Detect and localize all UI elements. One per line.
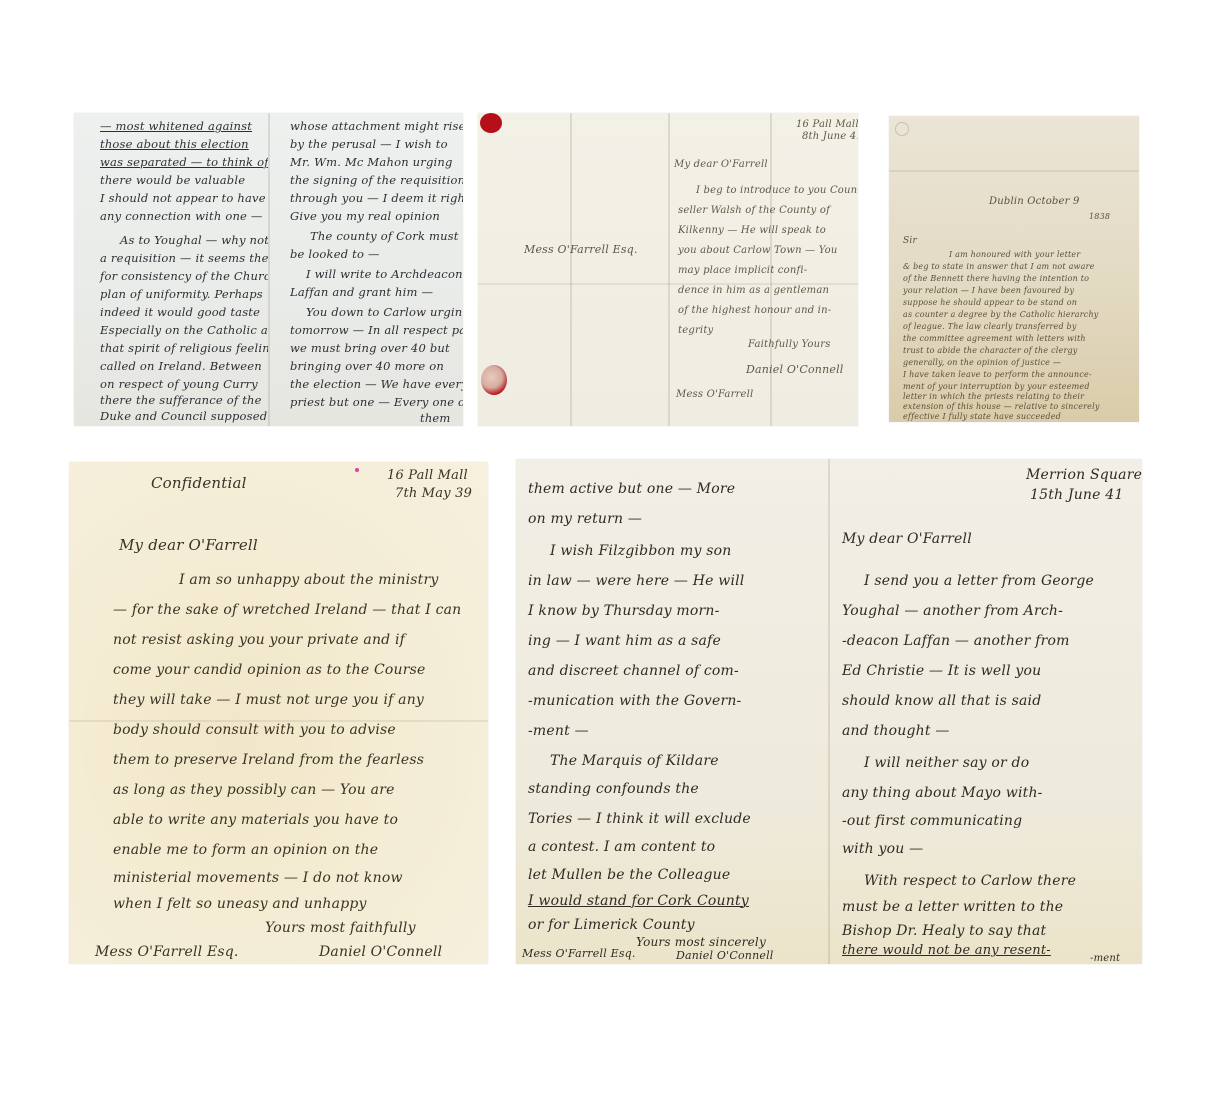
text-line: the committee agreement with letters wit… (903, 334, 1086, 343)
text-line: -out first communicating (842, 813, 1022, 829)
text-line: your relation — I have been favoured by (903, 286, 1074, 295)
text-line: the signing of the requisition (290, 173, 463, 187)
text-line: Youghal — another from Arch- (842, 603, 1063, 619)
text-line: — most whitened against (100, 119, 252, 133)
text-line: I will neither say or do (864, 755, 1029, 771)
text-line: come your candid opinion as to the Cours… (113, 662, 425, 678)
text-line: and discreet channel of com- (528, 663, 739, 679)
closing: Faithfully Yours (748, 339, 831, 350)
text-line: -munication with the Govern- (528, 693, 741, 709)
closing: Yours most faithfully (265, 920, 416, 936)
text-line: effective I fully state have succeeded (903, 412, 1061, 421)
signature: Daniel O'Connell (319, 944, 442, 960)
text-line: body should consult with you to advise (113, 722, 396, 738)
text-line: was separated — to think of them (100, 155, 268, 169)
text-line: Give you my real opinion (290, 209, 440, 223)
signature: Daniel O'Connell (676, 949, 774, 962)
text-line: them active but one — More (528, 481, 735, 497)
text-line: -deacon Laffan — another from (842, 633, 1070, 649)
text-line: dence in him as a gentleman (678, 285, 829, 296)
punch-hole-icon (895, 122, 909, 136)
text-line: of league. The law clearly transferred b… (903, 322, 1077, 331)
text-line: You down to Carlow urging (306, 305, 463, 319)
text-line: generally, on the opinion of justice — (903, 358, 1061, 367)
text-line: priest but one — Every one of (290, 395, 463, 409)
text-line: any thing about Mayo with- (842, 785, 1043, 801)
heading-line: 15th June 41 (1030, 487, 1124, 503)
text-line: with you — (842, 841, 923, 857)
address-line: Mess O'Farrell Esq. (524, 243, 638, 256)
text-line: not resist asking you your private and i… (113, 632, 405, 648)
text-line: a contest. I am content to (528, 839, 715, 855)
text-line: seller Walsh of the County of (678, 205, 830, 216)
text-line: letter in which the priests relating to … (903, 392, 1084, 401)
text-line: may place implicit confi- (678, 265, 807, 276)
text-line: Mr. Wm. Mc Mahon urging (290, 155, 453, 169)
page-fold (570, 113, 572, 426)
text-line: ministerial movements — I do not know (113, 870, 403, 886)
text-line: in law — were here — He will (528, 573, 745, 589)
text-line: standing confounds the (528, 781, 699, 797)
text-line: on respect of young Curry (100, 377, 258, 391)
addressee: Mess O'Farrell Esq. (522, 947, 636, 960)
text-line: -ment — (528, 723, 589, 739)
text-line: I will write to Archdeacon (306, 267, 463, 281)
text-line: them to preserve Ireland from the fearle… (113, 752, 424, 768)
letter-5-right-page: Merrion Square 15th June 41 My dear O'Fa… (830, 459, 1142, 964)
closing: Yours most sincerely (636, 935, 766, 949)
text-line: we must bring over 40 but (290, 341, 450, 355)
text-line: tegrity (678, 325, 713, 336)
text-line: those about this election (100, 137, 249, 151)
text-line: called on Ireland. Between (100, 359, 262, 373)
heading-line: 1838 (1089, 212, 1110, 221)
ink-mark (355, 468, 359, 472)
text-line: plan of uniformity. Perhaps (100, 287, 263, 301)
text-line: enable me to form an opinion on the (113, 842, 378, 858)
text-line: suppose he should appear to be stand on (903, 298, 1077, 307)
text-line: that spirit of religious feeling (100, 341, 268, 355)
text-line: must be a letter written to the (842, 899, 1063, 915)
text-line: ment of your interruption by your esteem… (903, 382, 1090, 391)
text-line: I beg to introduce to you Coun- (696, 185, 858, 196)
text-line: Laffan and grant him — (290, 285, 433, 299)
text-line: should know all that is said (842, 693, 1041, 709)
confidential-note: Confidential (151, 474, 247, 492)
letter-5-two-page: them active but one — More on my return … (516, 459, 1142, 964)
text-line: I know by Thursday morn- (528, 603, 720, 619)
text-line: be looked to — (290, 247, 380, 261)
text-line: Tories — I think it will exclude (528, 811, 751, 827)
letter-1-two-page: — most whitened against those about this… (74, 113, 463, 426)
salutation: My dear O'Farrell (119, 536, 258, 554)
text-line: let Mullen be the Colleague (528, 867, 730, 883)
text-line: extension of this house — relative to si… (903, 402, 1100, 411)
text-line: I have taken leave to perform the announ… (903, 370, 1092, 379)
text-line: for consistency of the Church (100, 269, 268, 283)
text-line: of the Bennett there having the intentio… (903, 274, 1089, 283)
text-line: through you — I deem it right (290, 191, 463, 205)
text-line: I would stand for Cork County (528, 893, 749, 909)
text-line: or for Limerick County (528, 917, 695, 933)
text-line: -ment (1090, 953, 1120, 964)
text-line: as counter a degree by the Catholic hier… (903, 310, 1099, 319)
text-line: on my return — (528, 511, 642, 527)
text-line: there the sufferance of the (100, 393, 262, 407)
letter-4-confidential: Confidential 16 Pall Mall 7th May 39 My … (69, 462, 488, 964)
letter-5-left-page: them active but one — More on my return … (516, 459, 828, 964)
text-line: The Marquis of Kildare (550, 753, 719, 769)
text-line: by the perusal — I wish to (290, 137, 448, 151)
text-line: Especially on the Catholic and (100, 323, 268, 337)
letter-2-sealed: Mess O'Farrell Esq. 16 Pall Mall 8th Jun… (478, 113, 858, 426)
text-line: Bishop Dr. Healy to say that (842, 923, 1046, 939)
text-line: Duke and Council supposed (100, 409, 267, 423)
text-line: & beg to state in answer that I am not a… (903, 262, 1095, 271)
text-line: there would be valuable (100, 173, 245, 187)
salutation: Sir (903, 236, 917, 246)
page-fold (668, 113, 670, 426)
salutation: My dear O'Farrell (674, 159, 768, 170)
addressee: Mess O'Farrell (676, 389, 753, 400)
text-line: — for the sake of wretched Ireland — tha… (113, 602, 461, 618)
text-line: I send you a letter from George (864, 573, 1094, 589)
text-line: As to Youghal — why not (120, 233, 268, 247)
text-line: The county of Cork must (310, 229, 459, 243)
heading-line: Dublin October 9 (989, 196, 1080, 207)
wax-seal-icon (480, 113, 502, 133)
text-line: bringing over 40 more on (290, 359, 444, 373)
text-line: I wish Filzgibbon my son (550, 543, 731, 559)
heading-line: 7th May 39 (395, 486, 472, 501)
heading-line: Merrion Square (1026, 467, 1142, 483)
letter-1-left-page: — most whitened against those about this… (74, 113, 268, 426)
text-line: you about Carlow Town — You (678, 245, 838, 256)
heading-line: 16 Pall Mall (387, 468, 468, 483)
text-line: they will take — I must not urge you if … (113, 692, 424, 708)
salutation: My dear O'Farrell (842, 531, 972, 547)
text-line: the election — We have every (290, 377, 463, 391)
text-line: a requisition — it seems the proper (100, 251, 268, 265)
text-line: of the highest honour and in- (678, 305, 831, 316)
text-line: I should not appear to have (100, 191, 266, 205)
text-line: there would not be any resent- (842, 943, 1051, 958)
letter-1-right-page: whose attachment might rise by the perus… (270, 113, 463, 426)
text-line: With respect to Carlow there (864, 873, 1076, 889)
text-line: indeed it would good taste (100, 305, 260, 319)
addressee: Mess O'Farrell Esq. (95, 944, 239, 960)
text-line: them (420, 411, 451, 425)
text-line: tomorrow — In all respect paying (290, 323, 463, 337)
text-line: whose attachment might rise (290, 119, 463, 133)
heading-line: 16 Pall Mall (796, 119, 858, 130)
text-line: able to write any materials you have to (113, 812, 398, 828)
text-line: as long as they possibly can — You are (113, 782, 395, 798)
text-line: ing — I want him as a safe (528, 633, 721, 649)
text-line: I am so unhappy about the ministry (179, 572, 438, 588)
page-fold (889, 170, 1139, 172)
signature: Daniel O'Connell (746, 363, 844, 376)
text-line: I am honoured with your letter (949, 250, 1080, 259)
letter-3-aged: Dublin October 9 1838 Sir I am honoured … (889, 116, 1139, 422)
text-line: Kilkenny — He will speak to (678, 225, 826, 236)
text-line: any connection with one — (100, 209, 263, 223)
heading-line: 8th June 41 (802, 131, 858, 142)
text-line: trust to abide the character of the cler… (903, 346, 1078, 355)
text-line: Ed Christie — It is well you (842, 663, 1041, 679)
text-line: and thought — (842, 723, 950, 739)
text-line: when I felt so uneasy and unhappy (113, 896, 367, 912)
wax-seal-icon (481, 365, 507, 395)
